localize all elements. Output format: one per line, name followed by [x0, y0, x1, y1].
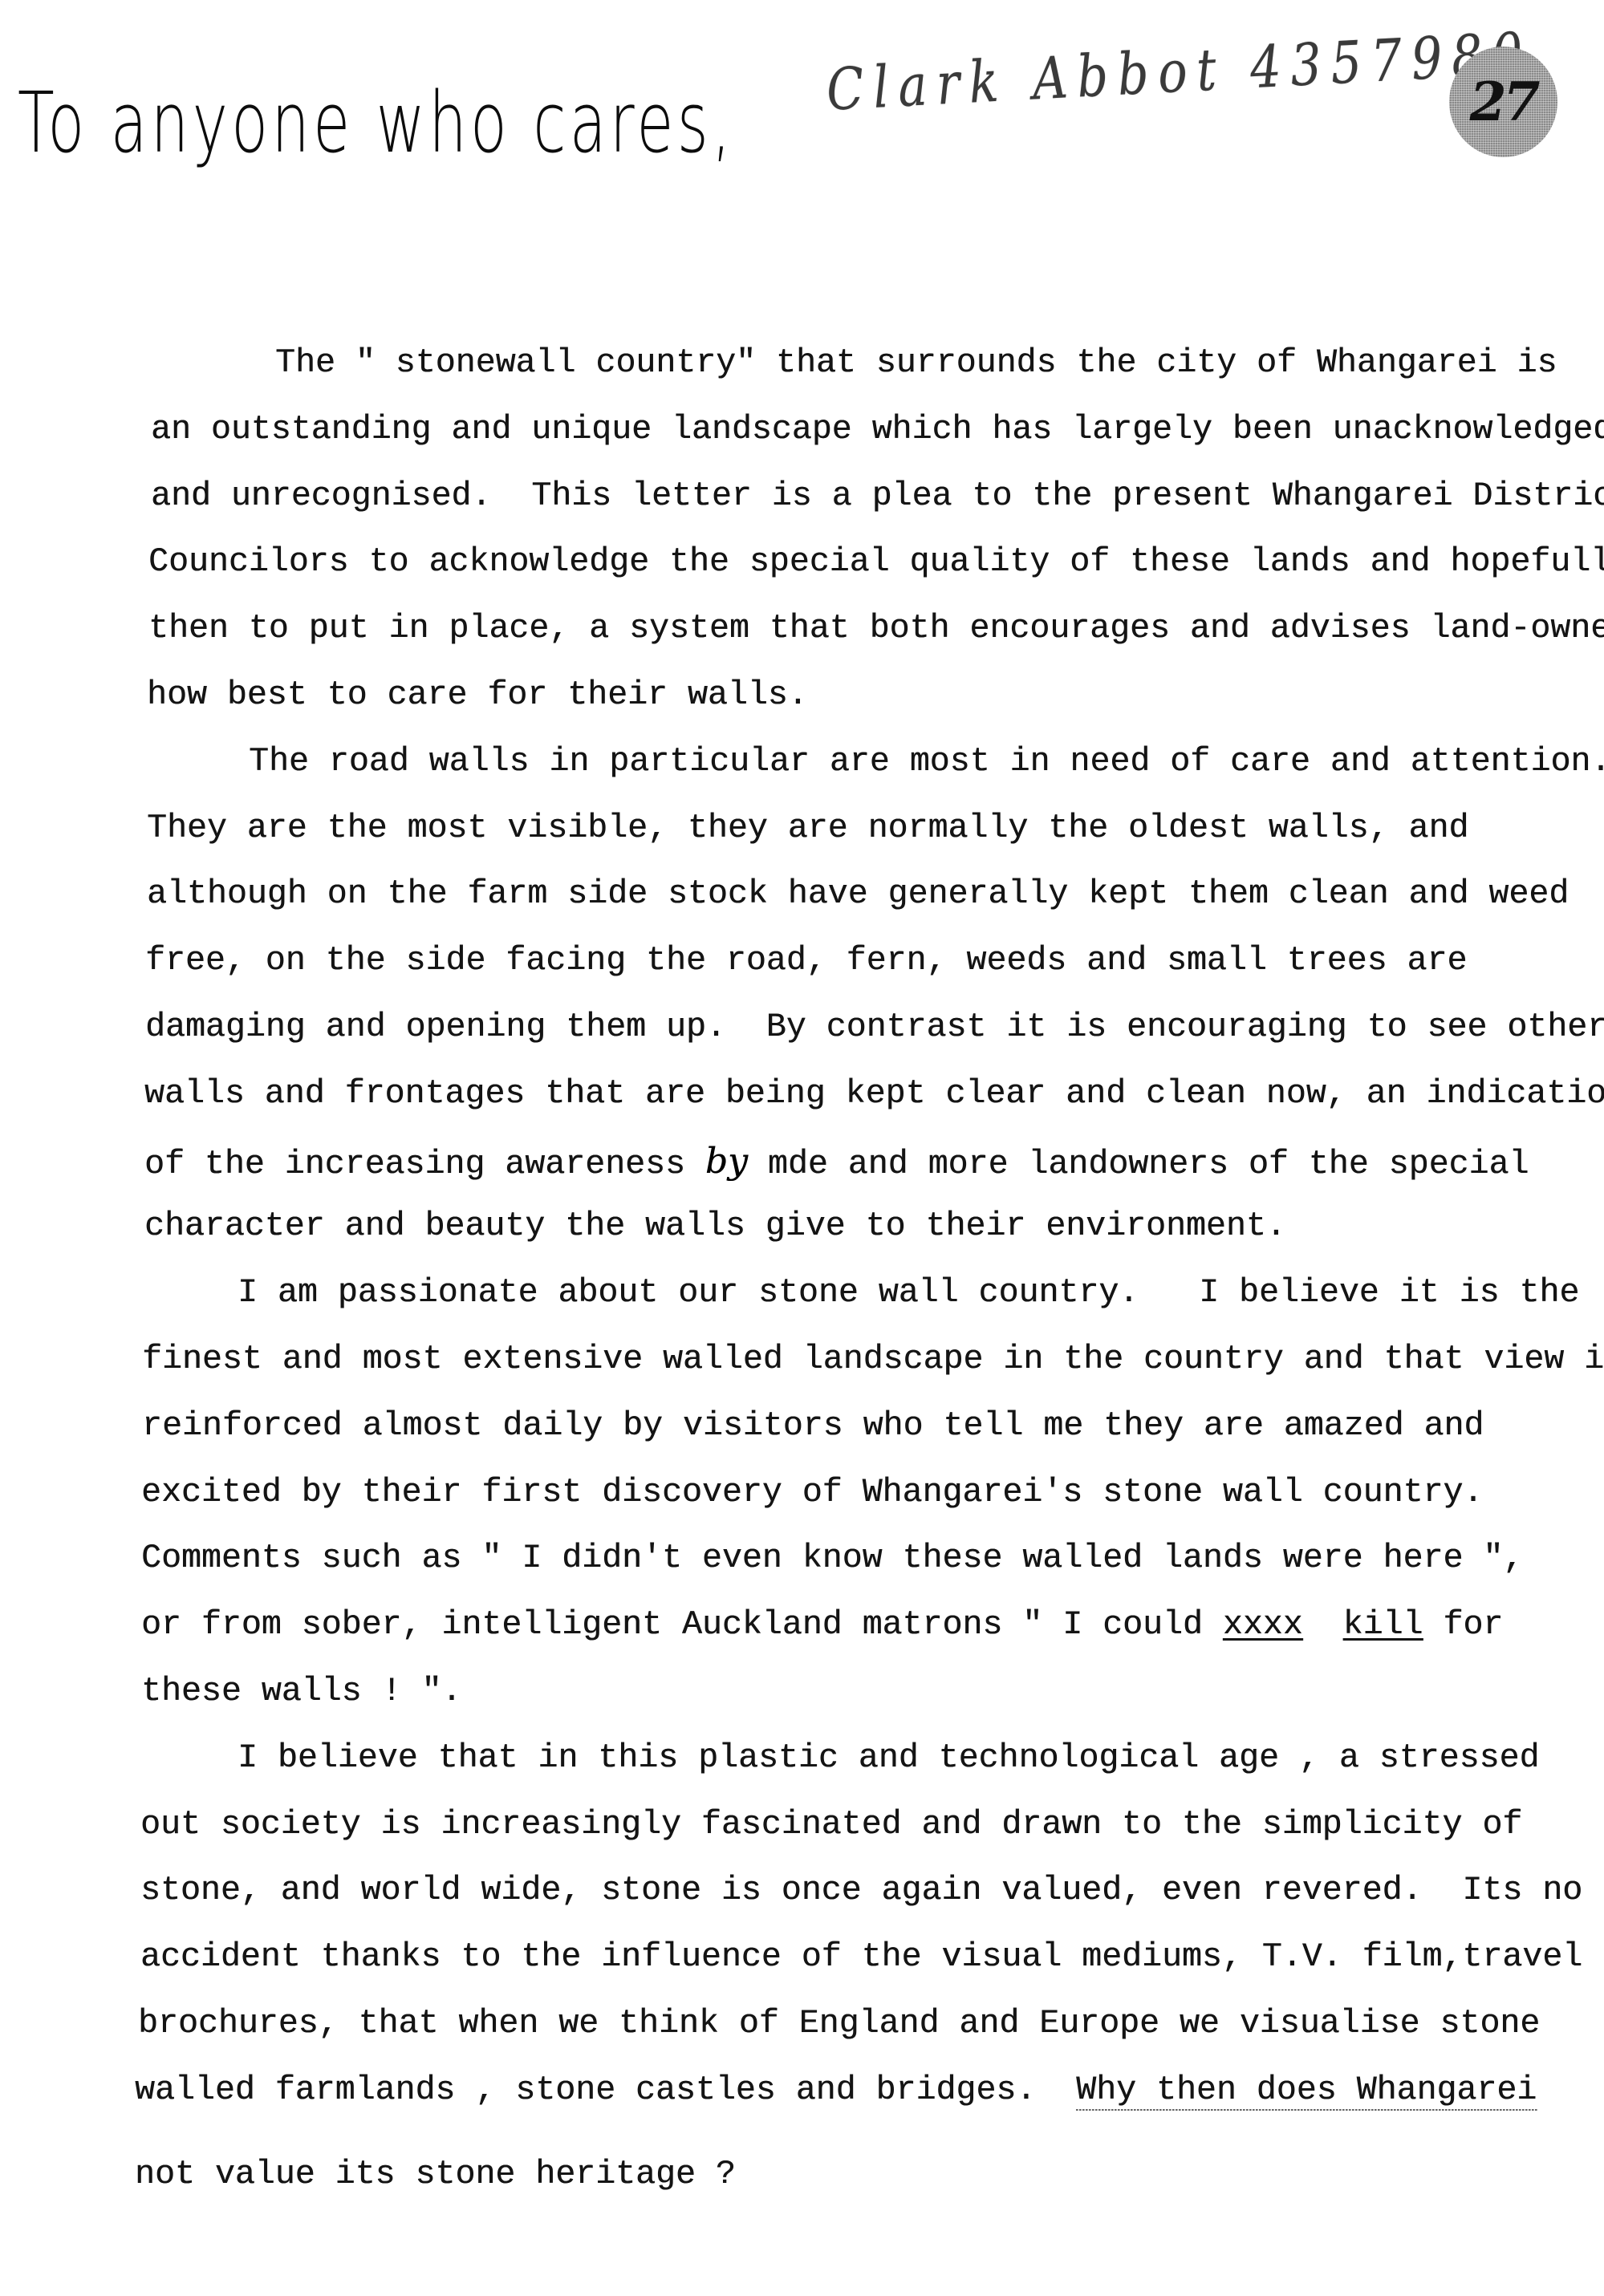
text-line: not value its stone heritage ?: [135, 2158, 736, 2192]
text-line: Councilors to acknowledge the special qu…: [148, 546, 1604, 579]
struck-out-word: xxxx: [1223, 1606, 1303, 1644]
line-text: or from sober, intelligent Auckland matr…: [141, 1606, 1223, 1644]
text-line: these walls ! ".: [141, 1675, 461, 1709]
text-line: free, on the side facing the road, fern,…: [145, 944, 1467, 978]
text-line: The road walls in particular are most in…: [249, 745, 1604, 779]
dotted-underlined-phrase: Why then does Whangarei: [1076, 2071, 1537, 2109]
text-line: of the increasing awareness by mde and m…: [144, 1144, 1529, 1182]
line-text: walled farmlands , stone castles and bri…: [135, 2071, 1076, 2109]
line-text: of the increasing awareness: [144, 1146, 705, 1183]
text-line: character and beauty the walls give to t…: [144, 1210, 1286, 1243]
text-line: excited by their first discovery of Whan…: [141, 1476, 1483, 1510]
handwritten-insertion: by: [705, 1141, 748, 1182]
text-line: Comments such as " I didn't even know th…: [141, 1542, 1523, 1576]
text-line: brochures, that when we think of England…: [138, 2007, 1540, 2041]
text-line: and unrecognised. This letter is a plea …: [151, 480, 1604, 513]
text-line: finest and most extensive walled landsca…: [142, 1343, 1604, 1377]
text-line: walled farmlands , stone castles and bri…: [135, 2074, 1537, 2107]
text-line: I am passionate about our stone wall cou…: [238, 1276, 1579, 1310]
text-line: although on the farm side stock have gen…: [147, 878, 1569, 911]
underlined-word: kill: [1343, 1606, 1423, 1644]
text-line: how best to care for their walls.: [147, 679, 808, 712]
text-line: an outstanding and unique landscape whic…: [151, 413, 1604, 447]
text-line: accident thanks to the influence of the …: [140, 1941, 1582, 1974]
text-line: The " stonewall country" that surrounds …: [275, 347, 1557, 380]
text-line: or from sober, intelligent Auckland matr…: [141, 1608, 1503, 1642]
text-line: damaging and opening them up. By contras…: [145, 1011, 1604, 1045]
line-text-continued: mde and more landowners of the special: [748, 1146, 1529, 1183]
scanned-letter-page: To anyone who cares, Clark Abbot 4357980…: [0, 0, 1604, 2296]
text-line: reinforced almost daily by visitors who …: [142, 1410, 1484, 1443]
text-line: They are the most visible, they are norm…: [147, 812, 1468, 846]
text-line: then to put in place, a system that both…: [148, 612, 1604, 646]
text-line: walls and frontages that are being kept …: [144, 1077, 1604, 1111]
text-line: I believe that in this plastic and techn…: [238, 1742, 1539, 1775]
letter-body: The " stonewall country" that surrounds …: [0, 0, 1604, 2296]
text-line: out society is increasingly fascinated a…: [140, 1808, 1522, 1842]
line-text-end: for: [1423, 1606, 1503, 1644]
text-line: stone, and world wide, stone is once aga…: [140, 1874, 1582, 1908]
